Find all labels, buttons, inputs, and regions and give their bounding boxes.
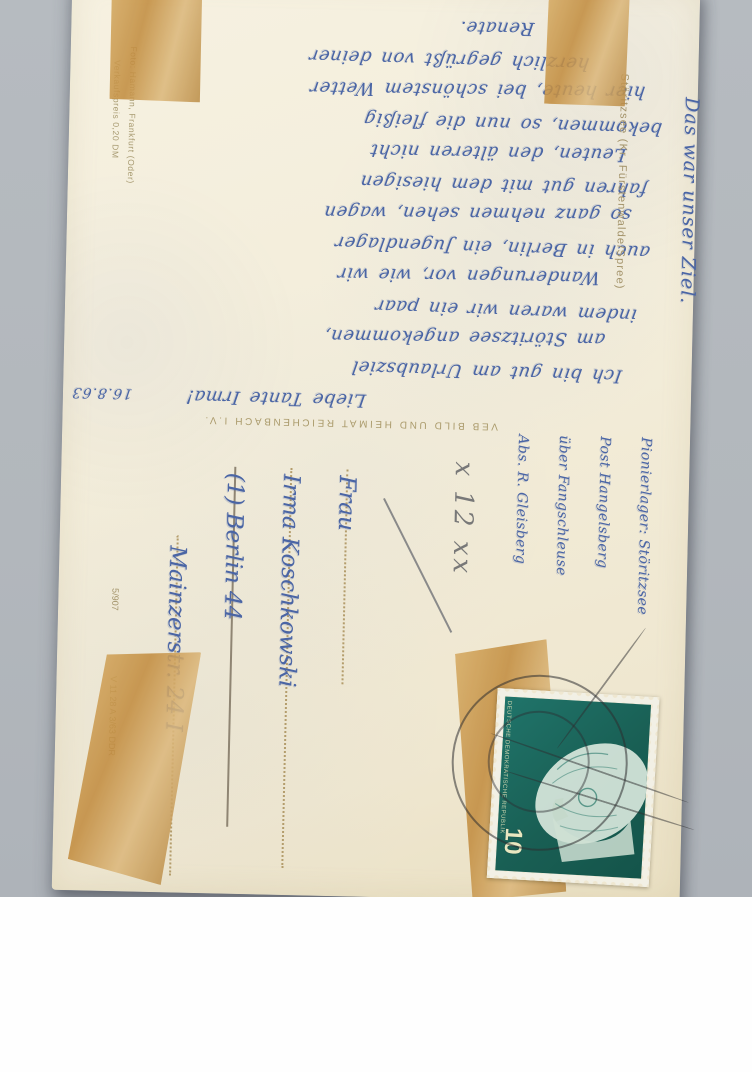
order-code: 5/907 bbox=[109, 588, 120, 648]
postcard-back: Liebe Tante Irma! 16.8.63 Ich bin gut am… bbox=[52, 0, 701, 897]
address-row: Frau bbox=[329, 469, 394, 880]
tape-top-right bbox=[541, 0, 633, 110]
pencil-slash-mark bbox=[383, 498, 452, 633]
pencil-note: x 12 xx bbox=[446, 461, 479, 576]
greeting: Liebe Tante Irma! bbox=[184, 381, 368, 416]
margin-note: Das war unser Ziel. bbox=[625, 96, 703, 457]
tape-top-left bbox=[108, 0, 203, 103]
address-row: (1) Berlin 44 bbox=[217, 467, 282, 878]
white-margin bbox=[0, 897, 752, 1072]
address-row: Irma Koschkowski bbox=[273, 468, 338, 879]
photo-of-postcard: Liebe Tante Irma! 16.8.63 Ich bin gut am… bbox=[0, 0, 752, 1072]
photo-background: Liebe Tante Irma! 16.8.63 Ich bin gut am… bbox=[0, 0, 752, 897]
ulbricht-portrait bbox=[521, 698, 651, 879]
postage-stamp: DEUTSCHE DEMOKRATISCHE REPUBLIK 10 bbox=[487, 688, 660, 887]
date: 16.8.63 bbox=[70, 376, 135, 408]
